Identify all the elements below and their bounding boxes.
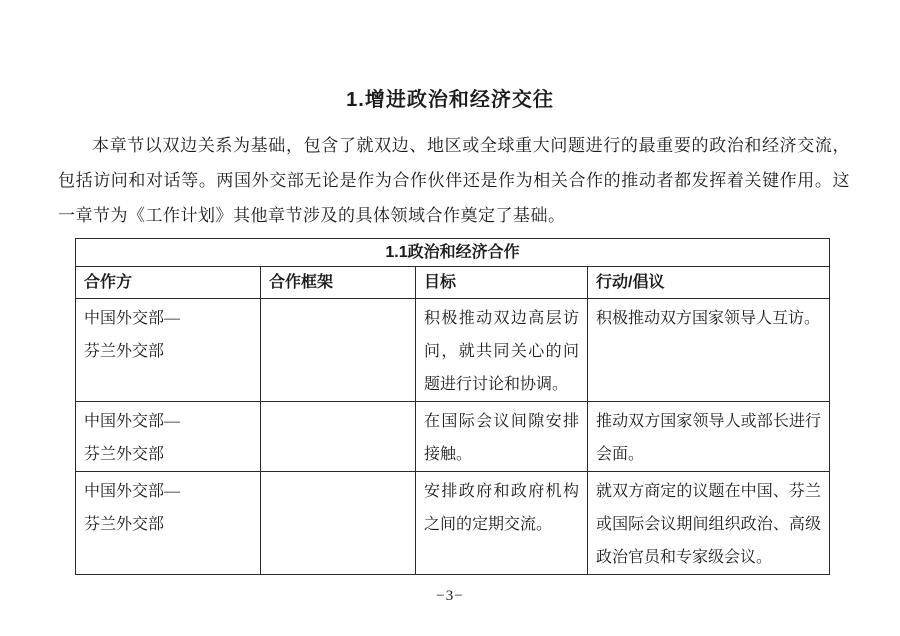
cell-action: 推动双方国家领导人或部长进行会面。 <box>588 402 830 472</box>
table-caption-row: 1.1政治和经济合作 <box>76 239 830 267</box>
table-row: 中国外交部— 芬兰外交部 在国际会议间隙安排接触。 推动双方国家领导人或部长进行… <box>76 402 830 472</box>
cell-goal: 安排政府和政府机构之间的定期交流。 <box>416 472 588 575</box>
cell-goal: 在国际会议间隙安排接触。 <box>416 402 588 472</box>
section-title: 1.增进政治和经济交往 <box>0 86 900 114</box>
cell-goal: 积极推动双边高层访问，就共同关心的问题进行讨论和协调。 <box>416 299 588 402</box>
document-page: 1.增进政治和经济交往 本章节以双边关系为基础，包含了就双边、地区或全球重大问题… <box>0 0 900 636</box>
cooperation-table: 1.1政治和经济合作 合作方 合作框架 目标 行动/倡议 中国外交部— 芬兰外交… <box>75 238 830 575</box>
table-row: 中国外交部— 芬兰外交部 安排政府和政府机构之间的定期交流。 就双方商定的议题在… <box>76 472 830 575</box>
column-header-goal: 目标 <box>416 267 588 299</box>
table-row: 中国外交部— 芬兰外交部 积极推动双边高层访问，就共同关心的问题进行讨论和协调。… <box>76 299 830 402</box>
table-header-row: 合作方 合作框架 目标 行动/倡议 <box>76 267 830 299</box>
intro-paragraph: 本章节以双边关系为基础，包含了就双边、地区或全球重大问题进行的最重要的政治和经济… <box>58 128 850 233</box>
cell-party: 中国外交部— 芬兰外交部 <box>76 402 261 472</box>
column-header-framework: 合作框架 <box>261 267 416 299</box>
cell-party: 中国外交部— 芬兰外交部 <box>76 299 261 402</box>
page-number: −3− <box>0 588 900 605</box>
cell-party: 中国外交部— 芬兰外交部 <box>76 472 261 575</box>
table-caption: 1.1政治和经济合作 <box>76 239 830 267</box>
column-header-action: 行动/倡议 <box>588 267 830 299</box>
cell-framework <box>261 402 416 472</box>
cell-framework <box>261 299 416 402</box>
cell-action: 就双方商定的议题在中国、芬兰或国际会议期间组织政治、高级政治官员和专家级会议。 <box>588 472 830 575</box>
cell-framework <box>261 472 416 575</box>
column-header-party: 合作方 <box>76 267 261 299</box>
cell-action: 积极推动双方国家领导人互访。 <box>588 299 830 402</box>
